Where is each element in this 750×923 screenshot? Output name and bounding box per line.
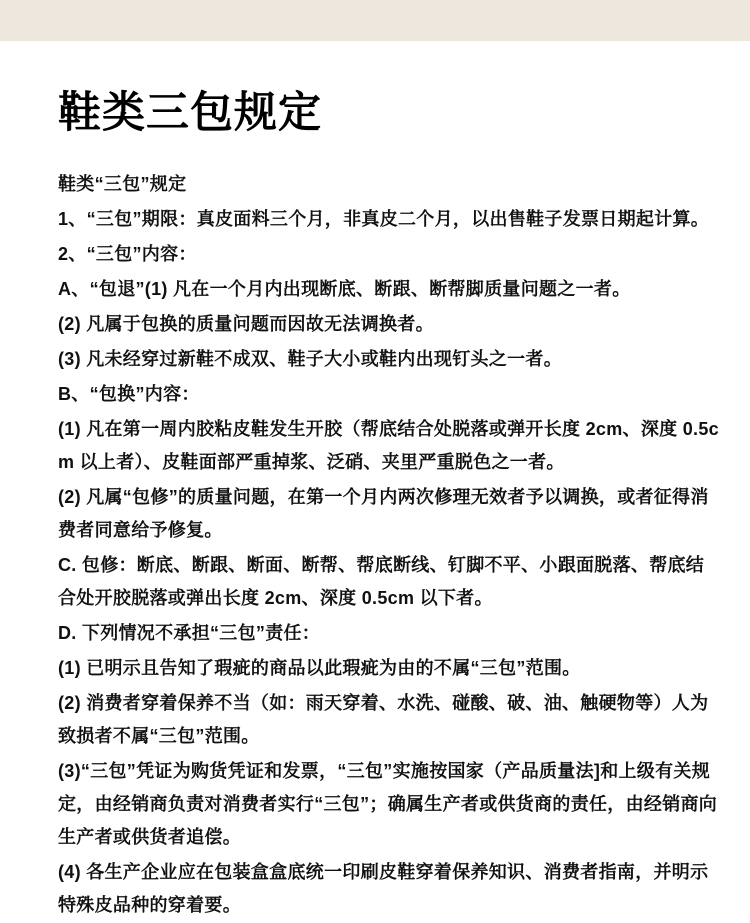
paragraph: (1) 凡在第一周内胶粘皮鞋发生开胶（帮底结合处脱落或弹开长度 2cm、深度 0…: [58, 413, 720, 479]
paragraph: C. 包修：断底、断跟、断面、断帮、帮底断线、钉脚不平、小跟面脱落、帮底结合处开…: [58, 549, 720, 615]
top-banner: [0, 0, 750, 41]
paragraph: (2) 凡属于包换的质量问题而因故无法调换者。: [58, 308, 720, 341]
paragraph: D. 下列情况不承担“三包”责任：: [58, 617, 720, 650]
page-title: 鞋类三包规定: [58, 92, 720, 135]
paragraph-list: 鞋类“三包”规定1、“三包”期限：真皮面料三个月，非真皮二个月，以出售鞋子发票日…: [58, 168, 720, 922]
paragraph: 2、“三包”内容：: [58, 238, 720, 271]
paragraph: (1) 已明示且告知了瑕疵的商品以此瑕疵为由的不属“三包”范围。: [58, 652, 720, 685]
paragraph: 鞋类“三包”规定: [58, 168, 720, 201]
paragraph: B、“包换”内容：: [58, 378, 720, 411]
paragraph: (3) 凡未经穿过新鞋不成双、鞋子大小或鞋内出现钉头之一者。: [58, 343, 720, 376]
paragraph: 1、“三包”期限：真皮面料三个月，非真皮二个月，以出售鞋子发票日期起计算。: [58, 203, 720, 236]
paragraph: (2) 凡属“包修”的质量问题，在第一个月内两次修理无效者予以调换，或者征得消费…: [58, 481, 720, 547]
document-body: 鞋类三包规定 鞋类“三包”规定1、“三包”期限：真皮面料三个月，非真皮二个月，以…: [0, 41, 750, 922]
paragraph: A、“包退”(1) 凡在一个月内出现断底、断跟、断帮脚质量问题之一者。: [58, 273, 720, 306]
paragraph: (2) 消费者穿着保养不当（如：雨天穿着、水洗、碰酸、破、油、触硬物等）人为致损…: [58, 687, 720, 753]
paragraph: (3)“三包”凭证为购货凭证和发票，“三包”实施按国家（产品质量法]和上级有关规…: [58, 755, 720, 854]
paragraph: (4) 各生产企业应在包装盒盒底统一印刷皮鞋穿着保养知识、消费者指南，并明示特殊…: [58, 856, 720, 922]
